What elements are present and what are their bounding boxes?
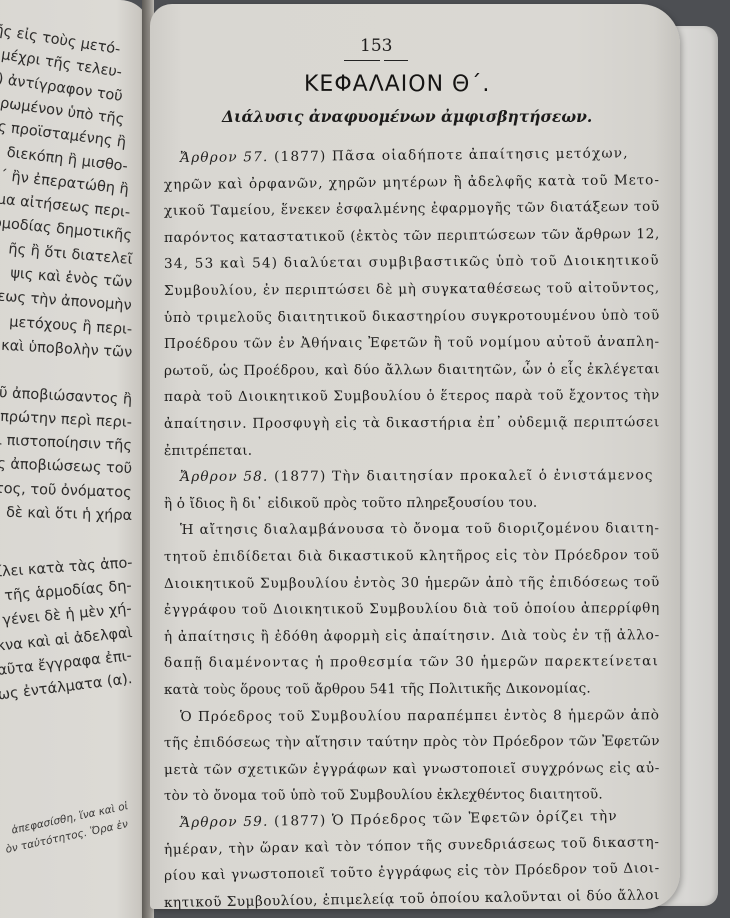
text-line: τὸν τὸ ὄνομα τοῦ ὑπὸ τοῦ Συμβουλίου ἐκλε… xyxy=(164,787,603,805)
text-line-content: δαπῇ διαμένοντας ἡ προθεσμία τῶν 30 ἡμερ… xyxy=(164,654,659,672)
left-page-text-line: γένει δὲ ἡ μὲν χή- xyxy=(2,601,132,629)
left-page-text-line: καὶ ὑποβολὴν τῶν xyxy=(1,338,133,361)
text-line: ἡ ἀπαίτησις ἢ ἐδόθη ἀφορμὴ εἰς ἀπαίτησιν… xyxy=(164,627,660,645)
text-line-content: τῆς ἐπιδόσεως τὴν αἴτησιν ταύτην πρὸς τὸ… xyxy=(164,733,660,751)
text-line: ρωτοῦ, ὡς Προέδρου, καὶ δύο ἄλλων διαιτη… xyxy=(164,361,660,379)
left-page-text-line: ῆς ἀποβιώσεως τοῦ xyxy=(0,456,132,477)
text-line: τητοῦ ἐπιδίδεται διὰ δικαστικοῦ κλητῆρος… xyxy=(164,547,660,565)
text-line: Προέδρου τῶν ἐν Ἀθήναις Ἐφετῶν ἢ τοῦ νομ… xyxy=(164,334,660,352)
text-line-content: ρωτοῦ, ὡς Προέδρου, καὶ δύο ἄλλων διαιτη… xyxy=(164,361,660,379)
text-line-content: Ὁ Πρόεδρος τοῦ Συμβουλίου παραπέμπει ἐντ… xyxy=(180,707,660,725)
text-line: μετὰ τῶν σχετικῶν ἐγγράφων καὶ γνωστοποι… xyxy=(164,760,660,778)
text-line: παρὰ τοῦ Διοικητικοῦ Συμβουλίου ὁ ἕτερος… xyxy=(164,388,660,406)
text-line-content: παρὰ τοῦ Διοικητικοῦ Συμβουλίου ὁ ἕτερος… xyxy=(164,388,660,406)
text-line-content: κατὰ τοὺς ὅρους τοῦ ἄρθρου 541 τῆς Πολιτ… xyxy=(164,681,591,698)
text-line-content: (1877) Τὴν διαιτησίαν προκαλεῖ ὁ ἐνιστάμ… xyxy=(269,468,654,485)
page-number: 153 xyxy=(360,36,392,56)
text-line: ἀπαίτησιν. Προσφυγὴ εἰς τὰ δικαστήρια ἐπ… xyxy=(164,414,660,432)
text-line-content: Συμβουλίου, ἐν περιπτώσει δὲ μὴ συγκαταθ… xyxy=(164,280,660,299)
text-line: Ἡ αἴτησις διαλαμβάνουσα τὸ ὄνομα τοῦ διο… xyxy=(180,521,660,539)
chapter-title: ΚΕΦΑΛΑΙΟΝ Θ΄. xyxy=(304,72,490,97)
text-line: δαπῇ διαμένοντας ἡ προθεσμία τῶν 30 ἡμερ… xyxy=(164,654,659,672)
text-line: Διοικητικοῦ Συμβουλίου ἐντὸς 30 ἡμερῶν ἀ… xyxy=(164,574,660,592)
left-page-text-line: πρώτην περὶ περι- xyxy=(0,409,132,431)
text-line: ἐπιτρέπεται. xyxy=(164,442,252,458)
left-page-text-line: μετόχους ἢ περι- xyxy=(9,314,133,338)
chapter-subtitle: Διάλυσις ἀναφυομένων ἀμφισβητήσεων. xyxy=(222,107,592,126)
article-label: Ἄρθρον 57. xyxy=(180,149,269,166)
text-line-content: ἐγγράφου τοῦ Διοικητικοῦ Συμβουλίου διὰ … xyxy=(164,600,660,618)
left-page-text-line: ψις καὶ ἑνὸς τῶν xyxy=(10,265,133,291)
left-page-text-line: οῦ ἀποβιώσαντος ἢ xyxy=(0,384,132,407)
text-line: Συμβουλίου, ἐν περιπτώσει δὲ μὴ συγκαταθ… xyxy=(164,280,660,299)
text-line-content: Διοικητικοῦ Συμβουλίου ἐντὸς 30 ἡμερῶν ἀ… xyxy=(164,574,660,592)
text-line-content: ἡ ἀπαίτησις ἢ ἐδόθη ἀφορμὴ εἰς ἀπαίτησιν… xyxy=(164,627,660,645)
left-page-text-line: όντος, τοῦ ὀνόματος xyxy=(0,480,132,501)
text-line-content: ἀπαίτησιν. Προσφυγὴ εἰς τὰ δικαστήρια ἐπ… xyxy=(164,414,660,432)
text-line-content: ἢ ὁ ἴδιος ἢ δι᾽ εἰδικοῦ πρὸς τοῦτο πληρε… xyxy=(164,494,537,511)
text-line-content: Ἡ αἴτησις διαλαμβάνουσα τὸ ὄνομα τοῦ διο… xyxy=(180,521,660,539)
text-line: ἐγγράφου τοῦ Διοικητικοῦ Συμβουλίου διὰ … xyxy=(164,600,660,618)
text-line-content: τὸν τὸ ὄνομα τοῦ ὑπὸ τοῦ Συμβουλίου ἐκλε… xyxy=(164,787,603,805)
text-line-content: τητοῦ ἐπιδίδεται διὰ δικαστικοῦ κλητῆρος… xyxy=(164,547,660,565)
text-line: Ἄρθρον 58. (1877) Τὴν διαιτησίαν προκαλε… xyxy=(180,468,654,486)
text-line: ἢ ὁ ἴδιος ἢ δι᾽ εἰδικοῦ πρὸς τοῦτο πληρε… xyxy=(164,494,537,511)
text-line: Ὁ Πρόεδρος τοῦ Συμβουλίου παραπέμπει ἐντ… xyxy=(180,707,660,725)
left-page-text-line: δὲ καὶ ὅτι ἡ χήρα xyxy=(6,505,133,524)
left-page: ῆς εἰς τοὺς μετό-μέχρι τῆς τελευ-6΄) ἀντ… xyxy=(0,0,150,918)
left-page-text-line: ι πιστοποίησιν τῆς xyxy=(0,432,132,454)
left-page-text-line: τῆς ἁρμοδίας δη- xyxy=(4,578,133,604)
left-page-text-line: ῆς ἢ ὅτι διατελεῖ xyxy=(7,241,132,268)
page-number-rule xyxy=(384,60,408,61)
text-line: τῆς ἐπιδόσεως τὴν αἴτησιν ταύτην πρὸς τὸ… xyxy=(164,733,660,751)
text-line: κατὰ τοὺς ὅρους τοῦ ἄρθρου 541 τῆς Πολιτ… xyxy=(164,681,591,698)
article-label: Ἄρθρον 59. xyxy=(180,814,269,831)
left-page-text-line: είλει κατὰ τὰς ἀπο- xyxy=(0,555,133,581)
article-label: Ἄρθρον 58. xyxy=(180,469,269,485)
text-line-content: μετὰ τῶν σχετικῶν ἐγγράφων καὶ γνωστοποι… xyxy=(164,760,660,778)
left-page-text-line: ρμοδίας δημοτικῆς xyxy=(0,215,133,244)
text-line: ὑπὸ τριμελοῦς διαιτητικοῦ δικαστηρίου συ… xyxy=(164,307,660,326)
text-line-content: ὑπὸ τριμελοῦς διαιτητικοῦ δικαστηρίου συ… xyxy=(164,307,660,326)
text-line-content: Προέδρου τῶν ἐν Ἀθήναις Ἐφετῶν ἢ τοῦ νομ… xyxy=(164,334,660,352)
text-line-content: ἐπιτρέπεται. xyxy=(164,442,252,458)
page-number-rule xyxy=(344,60,380,61)
left-page-text-line: σεως τὴν ἀπονομὴν xyxy=(0,288,133,314)
